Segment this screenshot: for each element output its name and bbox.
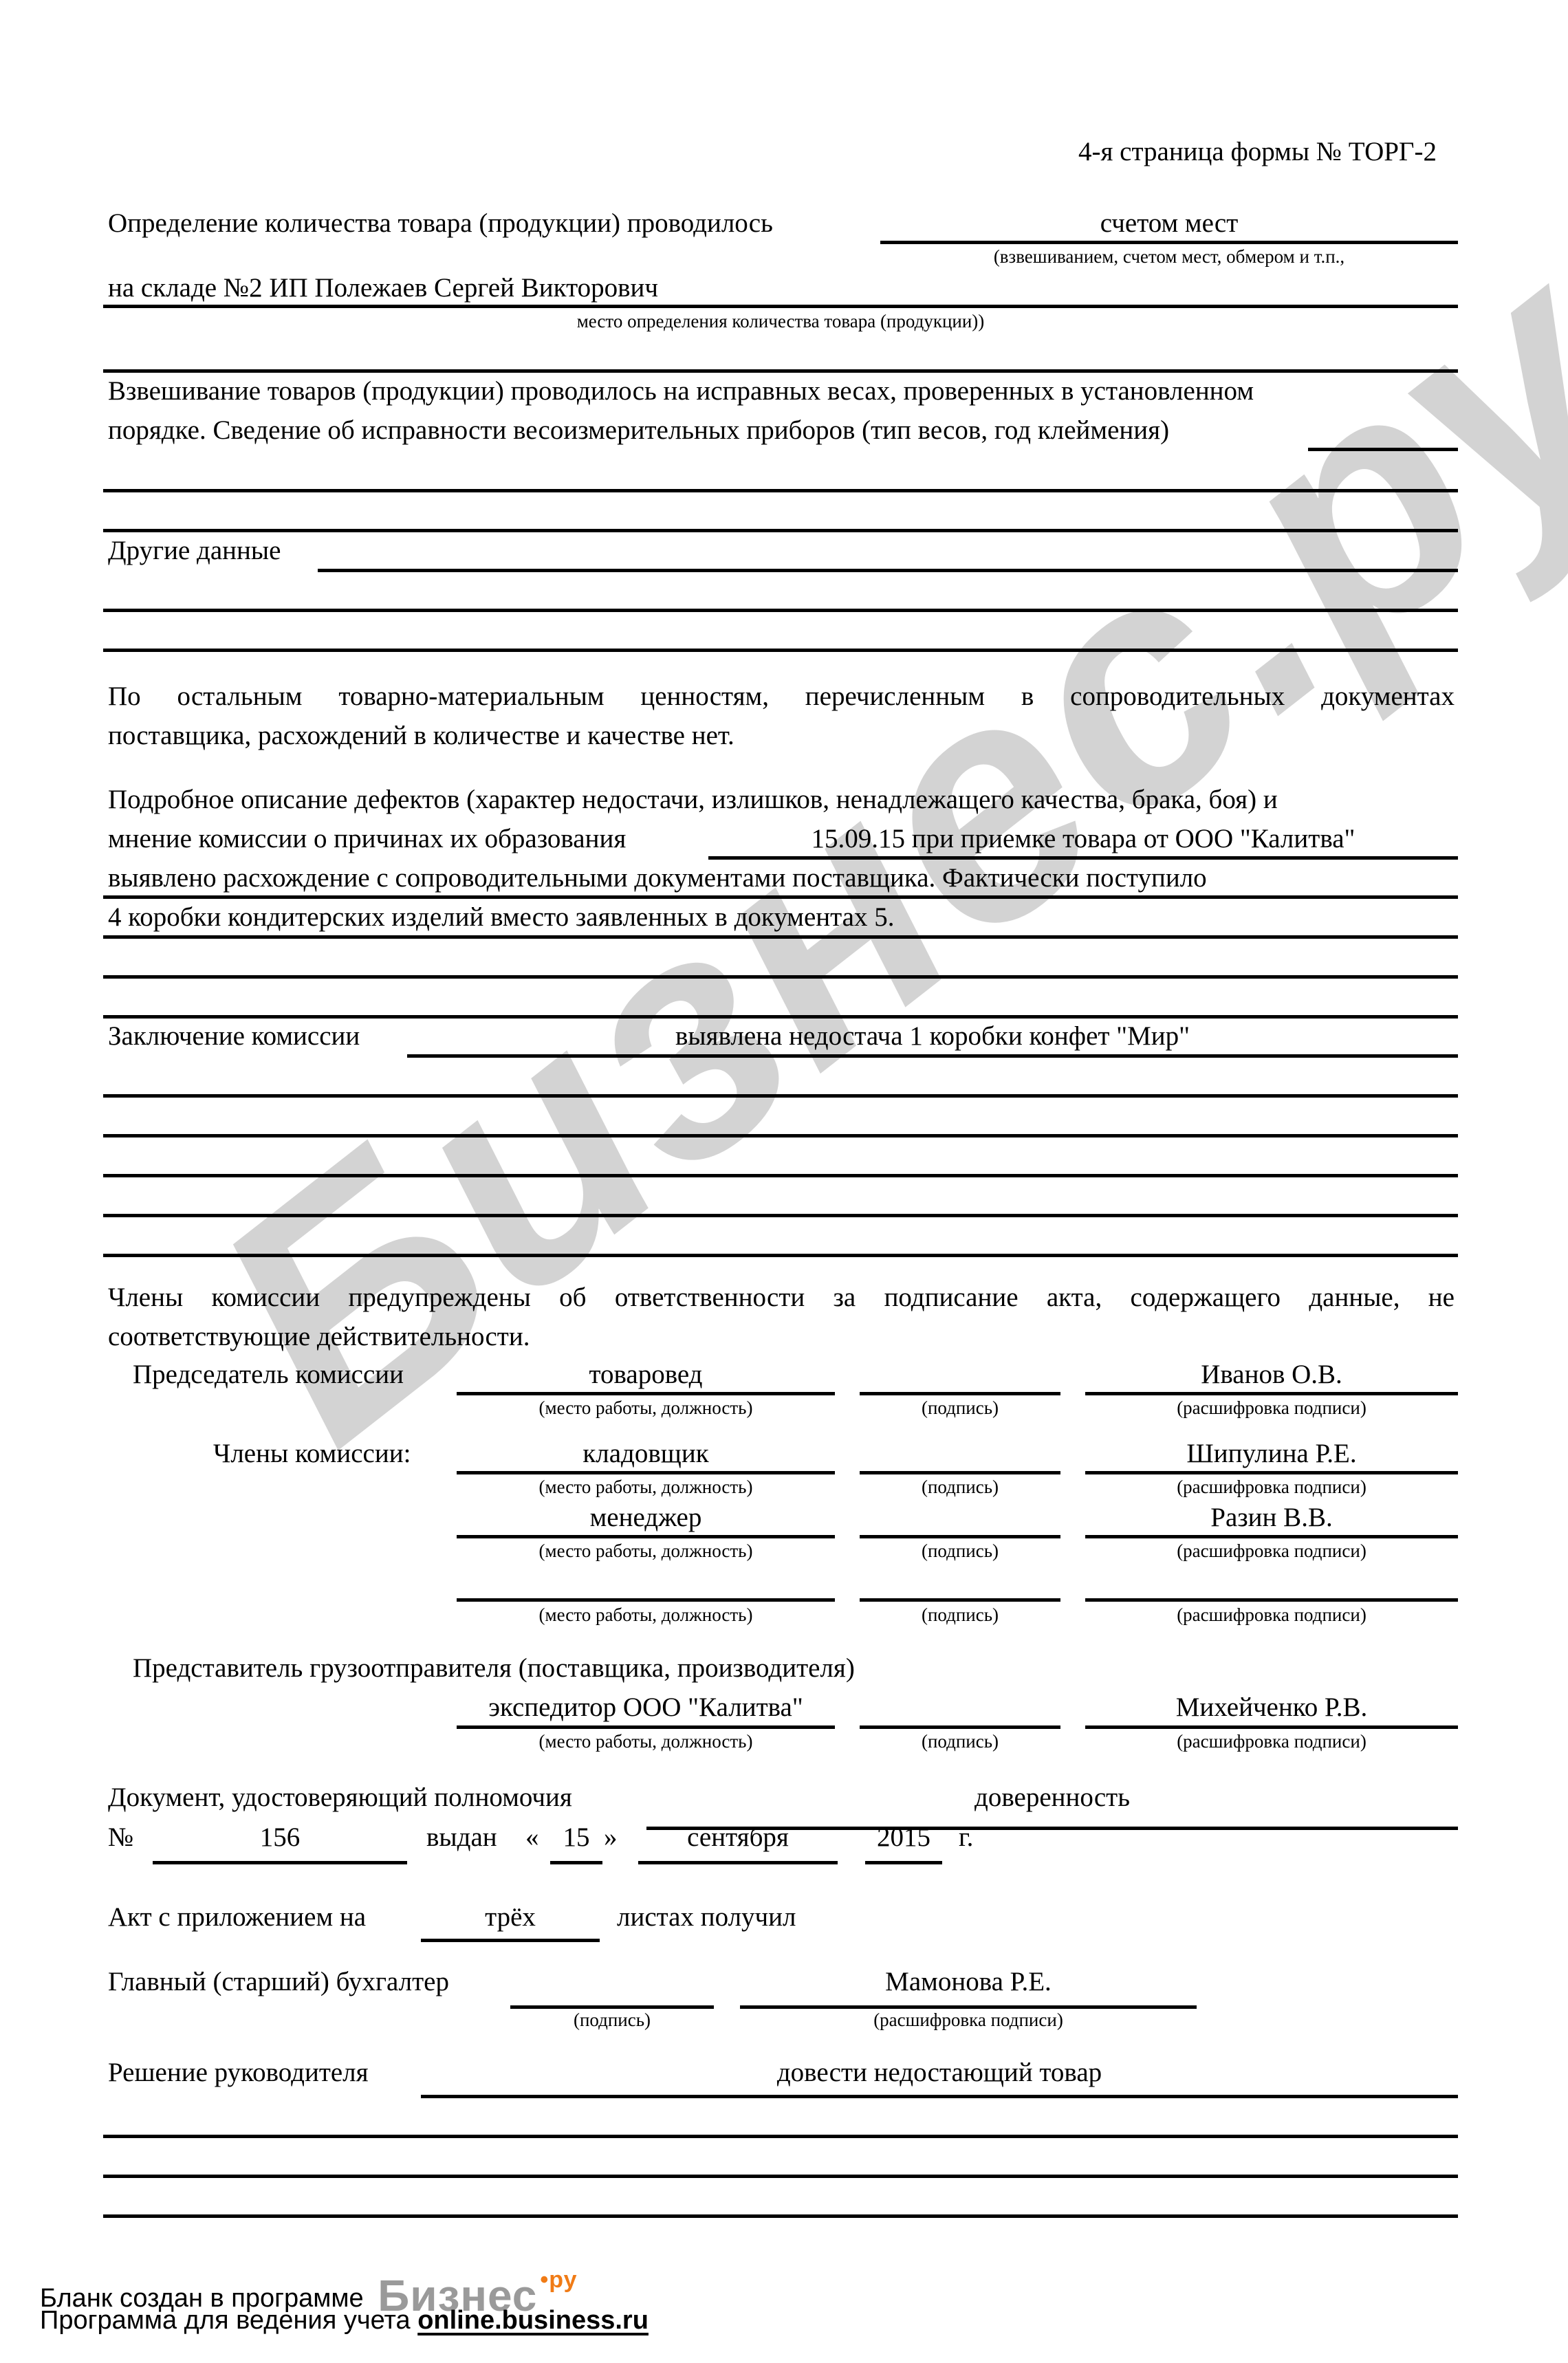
decision-value[interactable]: довести недостающий товар [421,2057,1458,2089]
accountant-signature-line [510,2005,714,2009]
member1-position-line [457,1471,835,1474]
defects-line-4 [103,975,1458,979]
member1-name-hint: (расшифровка подписи) [1085,1477,1458,1497]
logo-sup-text: •ру [540,2267,577,2293]
member2-name[interactable]: Разин В.В. [1085,1502,1458,1534]
issued-day[interactable]: 15 [550,1822,602,1853]
conclusion-line-6 [103,1254,1458,1257]
form-page-label: 4-я страница формы № ТОРГ-2 [1078,136,1437,168]
year-suffix: г. [959,1822,973,1853]
shipper-name-hint: (расшифровка подписи) [1085,1731,1458,1752]
quantity-place-line [103,305,1458,308]
member3-signature-hint: (подпись) [860,1604,1060,1625]
decision-line-3 [103,2175,1458,2178]
authority-doc-label: Документ, удостоверяющий полномочия [108,1782,572,1814]
chairman-label: Председатель комиссии [133,1359,404,1391]
conclusion-label: Заключение комиссии [108,1021,360,1052]
shipper-label: Представитель грузоотправителя (поставщи… [133,1653,855,1684]
chairman-name[interactable]: Иванов О.В. [1085,1359,1458,1391]
chairman-position[interactable]: товаровед [457,1359,835,1391]
conclusion-line [407,1054,1458,1058]
authority-number[interactable]: 156 [153,1822,407,1853]
act-received-suffix: листах получил [617,1902,796,1933]
authority-number-line [153,1861,407,1864]
decision-line [421,2095,1458,2098]
accountant-name-hint: (расшифровка подписи) [740,2010,1197,2030]
shipper-position-hint: (место работы, должность) [457,1731,835,1752]
shipper-position[interactable]: экспедитор ООО "Калитва" [457,1692,835,1723]
member2-signature-hint: (подпись) [860,1540,1060,1561]
member1-position-hint: (место работы, должность) [457,1477,835,1497]
shipper-signature-line [860,1725,1060,1729]
defects-value-line3[interactable]: 4 коробки кондитерских изделий вместо за… [108,902,895,933]
issued-label: выдан [426,1822,497,1853]
defects-label: мнение комиссии о причинах их образовани… [108,823,626,855]
decision-line-2 [103,2135,1458,2138]
chairman-signature-hint: (подпись) [860,1397,1060,1418]
weighing-extra-line-2 [103,529,1458,532]
member2-position-line [457,1535,835,1538]
quote-close: » [604,1822,618,1853]
members-label: Члены комиссии: [213,1438,411,1470]
warning-text-line2: соответствующие действительности. [108,1321,530,1353]
chairman-position-hint: (место работы, должность) [457,1397,835,1418]
member1-signature-hint: (подпись) [860,1477,1060,1497]
issued-month-line [638,1861,838,1864]
shipper-name[interactable]: Михейченко Р.В. [1085,1692,1458,1723]
footer-program-text: Программа для ведения учета [40,2306,411,2335]
member1-name[interactable]: Шипулина Р.Е. [1085,1438,1458,1470]
member1-name-line [1085,1471,1458,1474]
footer-link[interactable]: online.business.ru [417,2306,649,2335]
conclusion-value[interactable]: выявлена недостача 1 коробки конфет "Мир… [407,1021,1458,1052]
issued-year-line [865,1861,942,1864]
issued-month[interactable]: сентября [638,1822,838,1853]
warning-text-line1: Члены комиссии предупреждены об ответств… [108,1282,1455,1314]
quantity-method-value[interactable]: счетом мест [880,208,1458,239]
accountant-label: Главный (старший) бухгалтер [108,1966,449,1998]
other-data-line-2 [103,609,1458,612]
other-data-label: Другие данные [108,535,281,567]
weighing-text-line1: Взвешивание товаров (продукции) проводил… [108,375,1254,407]
member1-position[interactable]: кладовщик [457,1438,835,1470]
quantity-method-label: Определение количества товара (продукции… [108,208,773,239]
chairman-position-line [457,1392,835,1395]
rule-line [103,369,1458,373]
accountant-signature-hint: (подпись) [510,2010,714,2030]
defects-line-1 [708,856,1458,860]
member3-name-hint: (расшифровка подписи) [1085,1604,1458,1625]
quantity-place-value[interactable]: на складе №2 ИП Полежаев Сергей Викторов… [108,272,658,304]
defects-text-line1: Подробное описание дефектов (характер не… [108,784,1278,816]
member2-name-line [1085,1535,1458,1538]
other-data-line [318,569,1458,572]
issued-day-line [550,1861,602,1864]
footer-program: Программа для ведения учета online.busin… [40,2305,649,2335]
defects-value-line1[interactable]: 15.09.15 при приемке товара от ООО "Кали… [708,823,1458,855]
defects-value-line2[interactable]: выявлено расхождение с сопроводительными… [108,862,1207,894]
quote-open: « [525,1822,539,1853]
member3-signature-line [860,1598,1060,1602]
issued-year[interactable]: 2015 [865,1822,942,1853]
act-sheets-count[interactable]: трёх [421,1902,600,1933]
accountant-name-line [740,2005,1197,2009]
weighing-text-line2: порядке. Сведение об исправности весоизм… [108,415,1169,446]
authority-doc-value[interactable]: доверенность [646,1782,1458,1814]
number-sign: № [108,1822,133,1853]
conclusion-line-4 [103,1174,1458,1177]
shipper-name-line [1085,1725,1458,1729]
defects-line-3 [103,935,1458,939]
shipper-position-line [457,1725,835,1729]
defects-line-5 [103,1015,1458,1019]
defects-line-2 [103,895,1458,899]
weighing-scales-line [1308,448,1458,451]
member1-signature-line [860,1471,1060,1474]
decision-label: Решение руководителя [108,2057,369,2089]
member3-position-line [457,1598,835,1602]
quantity-method-line [880,241,1458,244]
weighing-extra-line-1 [103,489,1458,492]
chairman-signature-line [860,1392,1060,1395]
remaining-text-line2: поставщика, расхождений в количестве и к… [108,720,734,752]
decision-line-4 [103,2214,1458,2218]
shipper-signature-hint: (подпись) [860,1731,1060,1752]
member3-position-hint: (место работы, должность) [457,1604,835,1625]
other-data-line-3 [103,649,1458,652]
remaining-text-line1: По остальным товарно-материальным ценнос… [108,681,1455,712]
chairman-name-hint: (расшифровка подписи) [1085,1397,1458,1418]
conclusion-line-2 [103,1094,1458,1098]
torg2-page4: Бизнес.ру 4-я страница формы № ТОРГ-2 Оп… [0,0,1568,2363]
member2-position-hint: (место работы, должность) [457,1540,835,1561]
member3-name-line [1085,1598,1458,1602]
quantity-method-hint: (взвешиванием, счетом мест, обмером и т.… [880,246,1458,267]
member2-position[interactable]: менеджер [457,1502,835,1534]
member2-signature-line [860,1535,1060,1538]
conclusion-line-3 [103,1134,1458,1137]
member2-name-hint: (расшифровка подписи) [1085,1540,1458,1561]
quantity-place-hint: место определения количества товара (про… [103,311,1458,331]
accountant-name[interactable]: Мамонова Р.Е. [740,1966,1197,1998]
conclusion-line-5 [103,1214,1458,1217]
act-received-prefix: Акт с приложением на [108,1902,366,1933]
act-sheets-line [421,1939,600,1942]
chairman-name-line [1085,1392,1458,1395]
